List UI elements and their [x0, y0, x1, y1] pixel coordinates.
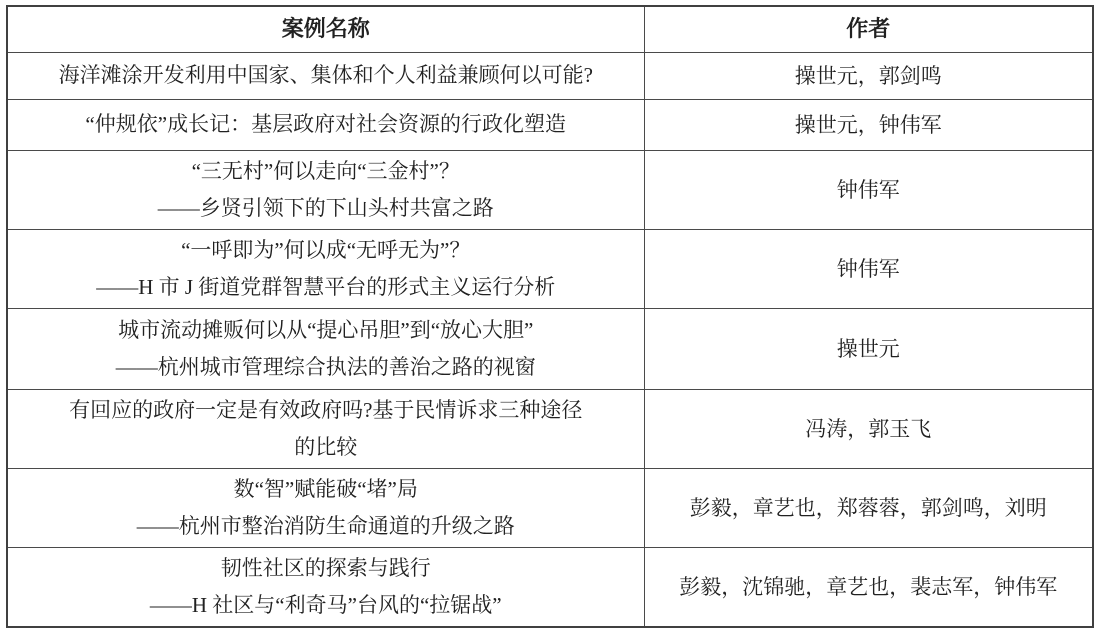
case-subtitle-line: ——杭州市整治消防生命通道的升级之路 — [14, 508, 638, 545]
table-row: “一呼即为”何以成“无呼无为”？ ——H 市 J 街道党群智慧平台的形式主义运行… — [7, 229, 1093, 308]
case-title-line: 有回应的政府一定是有效政府吗?基于民情诉求三种途径 — [14, 392, 638, 429]
table-row: 有回应的政府一定是有效政府吗?基于民情诉求三种途径 的比较 冯涛，郭玉飞 — [7, 389, 1093, 468]
author-cell: 彭毅，章艺也，郑蓉蓉，郭剑鸣，刘明 — [644, 468, 1093, 547]
case-author-table: 案例名称 作者 海洋滩涂开发利用中国家、集体和个人利益兼顾何以可能? 操世元，郭… — [6, 5, 1094, 628]
author-cell: 操世元，钟伟军 — [644, 99, 1093, 150]
case-name-cell: 数“智”赋能破“堵”局 ——杭州市整治消防生命通道的升级之路 — [7, 468, 644, 547]
author-cell: 操世元，郭剑鸣 — [644, 52, 1093, 99]
case-title-line: “仲规依”成长记：基层政府对社会资源的行政化塑造 — [14, 106, 638, 143]
case-name-cell: 有回应的政府一定是有效政府吗?基于民情诉求三种途径 的比较 — [7, 389, 644, 468]
case-title-line: 数“智”赋能破“堵”局 — [14, 471, 638, 508]
case-name-cell: 韧性社区的探索与践行 ——H 社区与“利奇马”台风的“拉锯战” — [7, 547, 644, 627]
table-row: “三无村”何以走向“三金村”？ ——乡贤引领下的下山头村共富之路 钟伟军 — [7, 150, 1093, 229]
author-cell: 操世元 — [644, 308, 1093, 389]
table-row: 韧性社区的探索与践行 ——H 社区与“利奇马”台风的“拉锯战” 彭毅，沈锦驰，章… — [7, 547, 1093, 627]
author-cell: 钟伟军 — [644, 150, 1093, 229]
case-subtitle-line: ——乡贤引领下的下山头村共富之路 — [14, 190, 638, 227]
case-subtitle-line: ——H 市 J 街道党群智慧平台的形式主义运行分析 — [14, 269, 638, 306]
case-name-cell: 城市流动摊贩何以从“提心吊胆”到“放心大胆” ——杭州城市管理综合执法的善治之路… — [7, 308, 644, 389]
table-row: 城市流动摊贩何以从“提心吊胆”到“放心大胆” ——杭州城市管理综合执法的善治之路… — [7, 308, 1093, 389]
header-case-name: 案例名称 — [7, 6, 644, 52]
header-row: 案例名称 作者 — [7, 6, 1093, 52]
author-cell: 钟伟军 — [644, 229, 1093, 308]
case-name-cell: 海洋滩涂开发利用中国家、集体和个人利益兼顾何以可能? — [7, 52, 644, 99]
case-name-cell: “仲规依”成长记：基层政府对社会资源的行政化塑造 — [7, 99, 644, 150]
case-title-line: 城市流动摊贩何以从“提心吊胆”到“放心大胆” — [14, 312, 638, 349]
case-title-line: “三无村”何以走向“三金村”？ — [14, 153, 638, 190]
table-row: “仲规依”成长记：基层政府对社会资源的行政化塑造 操世元，钟伟军 — [7, 99, 1093, 150]
case-title-line: “一呼即为”何以成“无呼无为”？ — [14, 232, 638, 269]
case-subtitle-line: 的比较 — [14, 429, 638, 466]
case-name-cell: “一呼即为”何以成“无呼无为”？ ——H 市 J 街道党群智慧平台的形式主义运行… — [7, 229, 644, 308]
author-cell: 彭毅，沈锦驰，章艺也，裴志军，钟伟军 — [644, 547, 1093, 627]
case-subtitle-line: ——H 社区与“利奇马”台风的“拉锯战” — [14, 587, 638, 624]
document-page: 案例名称 作者 海洋滩涂开发利用中国家、集体和个人利益兼顾何以可能? 操世元，郭… — [0, 0, 1110, 612]
table-row: 海洋滩涂开发利用中国家、集体和个人利益兼顾何以可能? 操世元，郭剑鸣 — [7, 52, 1093, 99]
case-title-line: 韧性社区的探索与践行 — [14, 550, 638, 587]
case-subtitle-line: ——杭州城市管理综合执法的善治之路的视窗 — [14, 349, 638, 386]
case-title-line: 海洋滩涂开发利用中国家、集体和个人利益兼顾何以可能? — [14, 57, 638, 94]
table-row: 数“智”赋能破“堵”局 ——杭州市整治消防生命通道的升级之路 彭毅，章艺也，郑蓉… — [7, 468, 1093, 547]
header-author: 作者 — [644, 6, 1093, 52]
case-name-cell: “三无村”何以走向“三金村”？ ——乡贤引领下的下山头村共富之路 — [7, 150, 644, 229]
author-cell: 冯涛，郭玉飞 — [644, 389, 1093, 468]
